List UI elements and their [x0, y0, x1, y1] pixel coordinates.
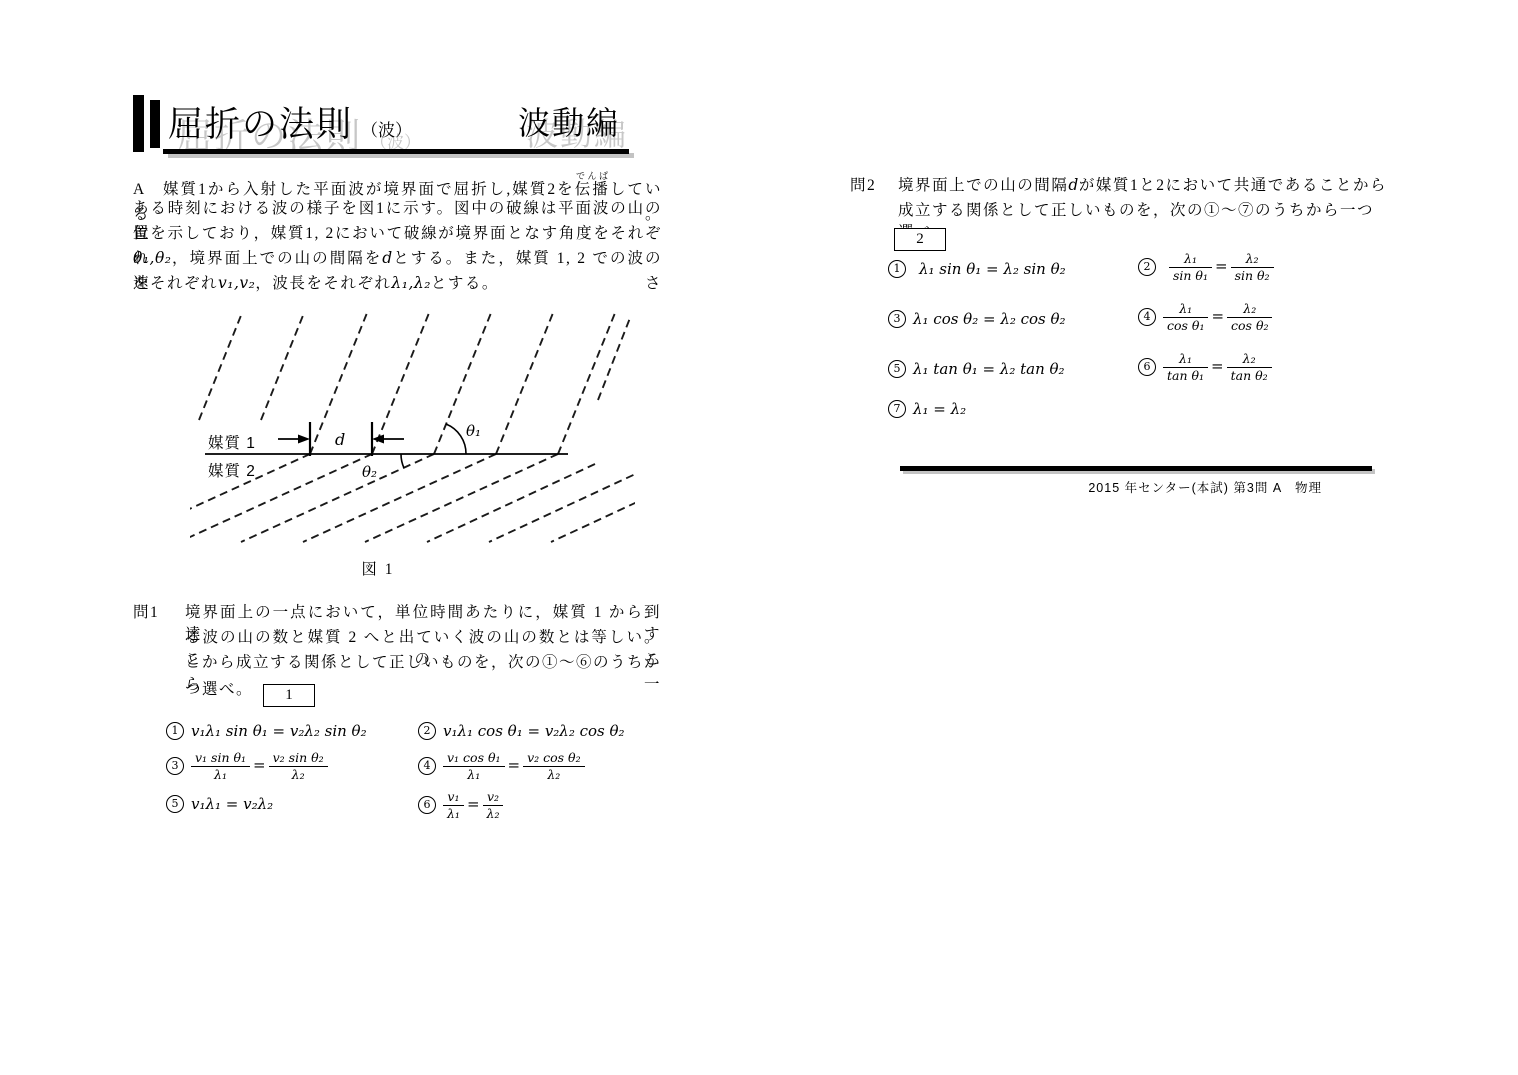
page-subtitle-text: （波）	[361, 121, 412, 140]
wavefront-lower-3	[241, 454, 434, 542]
edition-label: 波動編	[518, 98, 620, 144]
q2-choice-1: 1 λ₁ sin θ₁ = λ₂ sin θ₂	[888, 260, 1066, 278]
wavefront-lower-4	[303, 454, 496, 542]
theta2-label: θ₂	[362, 463, 377, 481]
wavefront-upper-partial-1	[199, 313, 242, 420]
wavefront-lower-8	[551, 464, 635, 542]
q2-answer-row: 2	[898, 225, 1387, 251]
q1-choice-1-number: 1	[166, 722, 184, 740]
header-underline	[163, 149, 629, 154]
q1-choice-4-number: 4	[418, 757, 436, 775]
d-arrow-left-icon	[372, 435, 404, 444]
q2-choice-3-number: 3	[888, 310, 906, 328]
wavefront-upper-5	[558, 313, 615, 454]
q2-choice-6-number: 6	[1138, 358, 1156, 376]
q1-choice-6: 6 v₁λ₁=v₂λ₂	[418, 790, 503, 821]
wavefronts-medium2	[190, 454, 635, 542]
q1-line-1: 境界面上の一点において，単位時間あたりに，媒質 1 から到達す	[185, 600, 661, 625]
edition-text: 波動編	[518, 105, 620, 141]
page-title: 屈折の法則（波）	[168, 97, 412, 147]
page-title-text: 屈折の法則	[168, 105, 353, 144]
q1-choice-3-number: 3	[166, 757, 184, 775]
theta1-label: θ₁	[466, 422, 481, 440]
question-1: 問1 境界面上の一点において，単位時間あたりに，媒質 1 から到達す る波の山の…	[133, 600, 661, 703]
figure-caption: 図 1	[333, 557, 423, 579]
q1-choice-3: 3 v₁ sin θ₁λ₁=v₂ sin θ₂λ₂	[166, 751, 328, 782]
q1-choice-5: 5 v₁λ₁ = v₂λ₂	[166, 795, 273, 813]
theta2-angle-arc	[401, 454, 404, 468]
q1-choice-2-number: 2	[418, 722, 436, 740]
q1-answer-box: 1	[263, 684, 315, 707]
footer-rule	[900, 466, 1372, 471]
q1-choice-2: 2 v₁λ₁ cos θ₁ = v₂λ₂ cos θ₂	[418, 722, 625, 740]
q1-choice-1: 1 v₁λ₁ sin θ₁ = v₂λ₂ sin θ₂	[166, 722, 367, 740]
question-2-label: 問2	[850, 173, 898, 251]
q1-choice-4: 4 v₁ cos θ₁λ₁=v₂ cos θ₂λ₂	[418, 751, 585, 782]
wavefront-upper-3	[434, 313, 491, 454]
intro-paragraph: A 媒質1から入射した平面波が境界面で屈折し,媒質2を伝播でんぱしている。 ある…	[133, 171, 662, 296]
wavefront-upper-2	[372, 313, 429, 454]
intro-line-4: θ₁,θ₂，境界面上での山の間隔をdとする。また，媒質 1, 2 での波の速さ	[133, 246, 662, 271]
question-2: 問2 境界面上での山の間隔dが媒質1と2において共通であることから 成立する関係…	[850, 173, 1387, 251]
q1-choice-5-number: 5	[166, 795, 184, 813]
theta1-angle-arc	[446, 424, 466, 454]
q2-choice-4: 4 λ₁cos θ₁=λ₂cos θ₂	[1138, 302, 1272, 333]
question-1-body: 境界面上の一点において，単位時間あたりに，媒質 1 から到達す る波の山の数と媒…	[185, 600, 661, 703]
q2-choice-3: 3 λ₁ cos θ₂ = λ₂ cos θ₂	[888, 310, 1066, 328]
q2-choice-2: 2 λ₁sin θ₁=λ₂sin θ₂	[1138, 252, 1274, 283]
q2-choice-5: 5 λ₁ tan θ₁ = λ₂ tan θ₂	[888, 360, 1065, 378]
q2-line-2: 成立する関係として正しいものを，次の①～⑦のうちから一つ選べ。	[898, 198, 1387, 223]
wavefront-upper-partial-right	[598, 318, 630, 400]
q2-choice-5-number: 5	[888, 360, 906, 378]
figure-1-wave-refraction-diagram: 媒質 1 媒質 2 d θ₁ θ₂	[190, 308, 635, 548]
medium2-label: 媒質 2	[208, 462, 256, 480]
q2-choice-7-number: 7	[888, 400, 906, 418]
wavefront-upper-4	[496, 313, 553, 454]
medium1-label: 媒質 1	[208, 434, 256, 452]
wavefronts-medium1	[199, 313, 630, 454]
q2-answer-box: 2	[894, 228, 946, 251]
q2-choice-1-number: 1	[888, 260, 906, 278]
q2-choice-7: 7 λ₁ = λ₂	[888, 400, 966, 418]
title-bar-decoration-2	[150, 100, 160, 148]
furigana: でんぱ	[575, 171, 610, 181]
wavefront-lower-5	[365, 454, 558, 542]
source-citation: 2015 年センター(本試) 第3問 A 物理	[900, 478, 1322, 496]
q2-choice-2-number: 2	[1138, 258, 1156, 276]
q2-choice-6: 6 λ₁tan θ₁=λ₂tan θ₂	[1138, 352, 1272, 383]
wavefront-lower-6	[427, 464, 595, 542]
wavefront-upper-partial-2	[261, 313, 304, 420]
q1-line-2: る波の山の数と媒質 2 へと出ていく波の山の数とは等しい。このこ	[185, 625, 661, 650]
title-bar-decoration-1	[133, 95, 144, 152]
q1-line-3: とから成立する関係として正しいものを，次の①～⑥のうちから一	[185, 650, 661, 675]
d-label: d	[335, 430, 345, 449]
q2-choice-4-number: 4	[1138, 308, 1156, 326]
intro-line-1: A 媒質1から入射した平面波が境界面で屈折し,媒質2を伝播でんぱしている。	[133, 171, 662, 196]
question-2-body: 境界面上での山の間隔dが媒質1と2において共通であることから 成立する関係として…	[898, 173, 1387, 251]
d-arrow-right-icon	[278, 435, 310, 444]
question-1-label: 問1	[133, 600, 185, 703]
q1-choice-6-number: 6	[418, 796, 436, 814]
q2-line-1: 境界面上での山の間隔dが媒質1と2において共通であることから	[898, 173, 1387, 198]
intro-line-3: 置を示しており，媒質1, 2において破線が境界面となす角度をそれぞれ	[133, 221, 662, 246]
intro-line-2: ある時刻における波の様子を図1に示す。図中の破線は平面波の山の位	[133, 196, 662, 221]
